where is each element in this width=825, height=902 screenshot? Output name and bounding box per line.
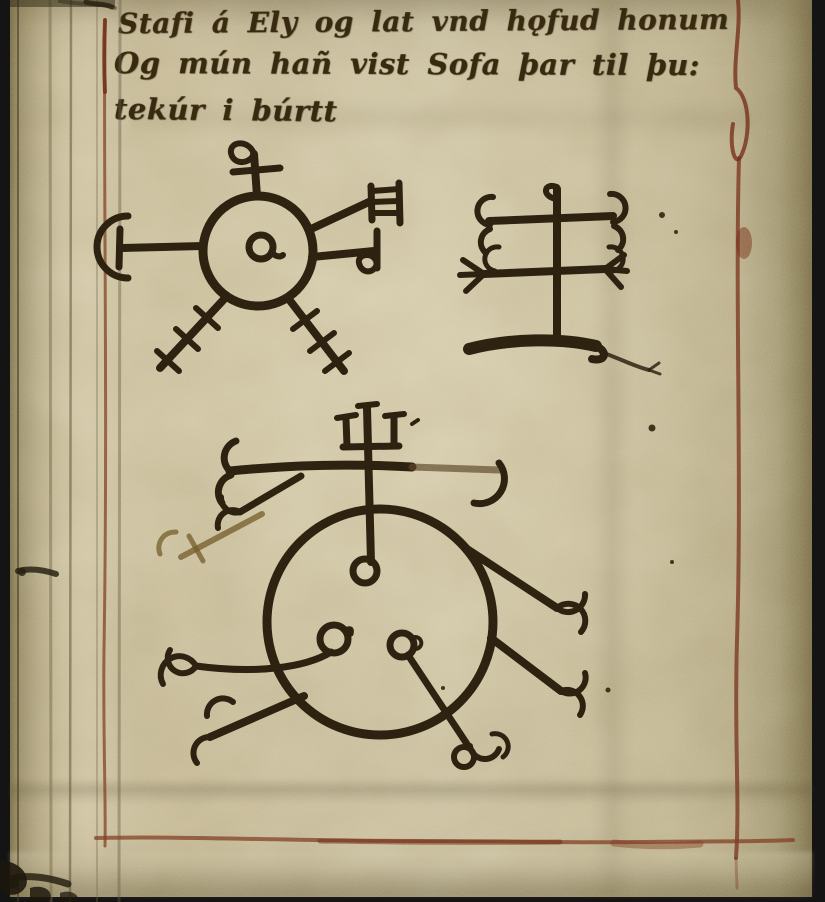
photo-frame: Stafi á Ely og lat vnd hǫfud honum Og mú… [0, 0, 825, 902]
parchment-mottle-overlay [10, 0, 812, 897]
